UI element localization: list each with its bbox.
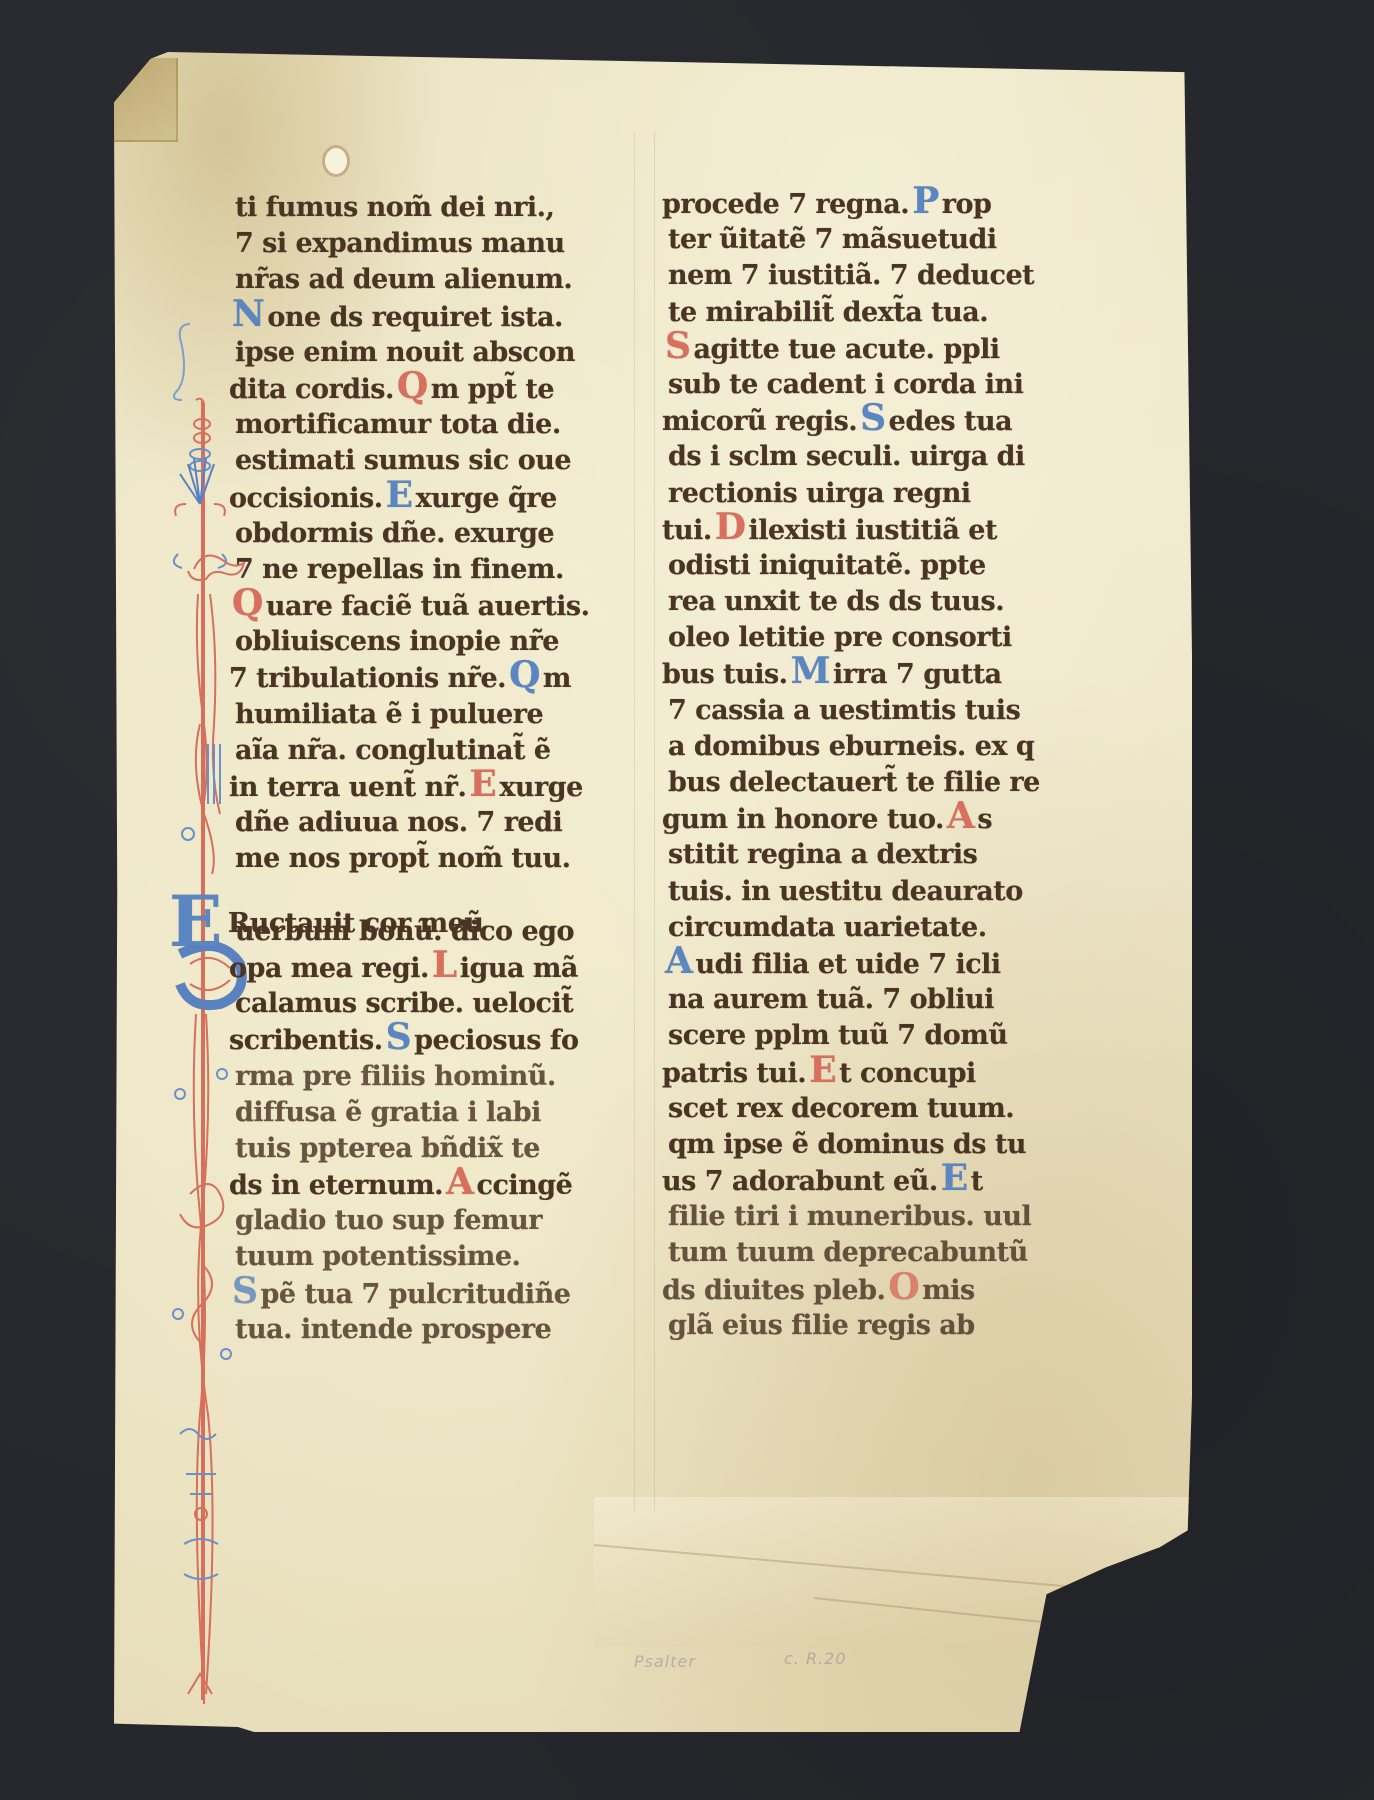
text-line: stitit regina a dextris — [662, 837, 1062, 873]
initial-letter: O — [888, 1272, 919, 1302]
text-line: ERuctauit cor meũ — [229, 878, 619, 914]
initial-letter: S — [665, 331, 691, 361]
text-line: gum in honore tuo.As — [662, 801, 1062, 837]
text-line: rma pre filiis hominũ. — [229, 1059, 619, 1095]
initial-letter: E — [941, 1163, 968, 1193]
text-line: rea unxit te ds ds tuus. — [662, 584, 1062, 620]
text-line: me nos propt̃ nom̃ tuu. — [229, 841, 619, 877]
text-line: bus tuis.Mirra 7 gutta — [662, 656, 1062, 692]
initial-letter: M — [791, 656, 830, 686]
text-line: calamus scribe. uelocit̃ — [229, 986, 619, 1022]
text-line: Spẽ tua 7 pulcritudiñe — [229, 1276, 619, 1312]
text-line: odisti iniquitatẽ. ppte — [662, 548, 1062, 584]
text-line: 7 cassia a uestimtis tuis — [662, 693, 1062, 729]
text-line: 7 ne repellas in finem. — [229, 552, 619, 588]
text-line: tuis. in uestitu deaurato — [662, 874, 1062, 910]
text-line: obliuiscens inopie nr̃e — [229, 624, 619, 660]
text-line: dita cordis.Qm ppt̃ te — [229, 371, 619, 407]
text-line: tuis ppterea bñdix̃ te — [229, 1131, 619, 1167]
manuscript-leaf: ti fumus nom̃ dei nri., 7 si expandimus … — [114, 52, 1192, 1732]
initial-letter: L — [432, 950, 457, 980]
text-line: ds i sclm seculi. uirga di — [662, 439, 1062, 475]
text-line: scet rex decorem tuum. — [662, 1091, 1062, 1127]
text-line: opa mea regi.Ligua mã — [229, 950, 619, 986]
initial-letter: D — [715, 512, 746, 542]
text-line: ds diuites pleb.Omis — [662, 1272, 1062, 1308]
initial-letter: N — [232, 299, 264, 329]
pencil-annotation: Psalter — [634, 1652, 696, 1671]
text-line: estimati sumus sic oue — [229, 443, 619, 479]
large-initial-letter: E — [169, 892, 222, 952]
text-line: micorũ regis.Sedes tua — [662, 403, 1062, 439]
initial-letter: S — [860, 403, 886, 433]
text-line: na aurem tuã. 7 obliui — [662, 982, 1062, 1018]
text-line: ds in eternum.Accingẽ — [229, 1167, 619, 1203]
initial-letter: A — [446, 1167, 473, 1197]
text-line: in terra uent̃ nr̃.Exurge — [229, 769, 619, 805]
text-line: a domibus eburneis. ex q — [662, 729, 1062, 765]
text-line: nr̃as ad deum alienum. — [229, 262, 619, 298]
pencil-annotation: c. R.20 — [784, 1649, 847, 1668]
text-line: diffusa ẽ gratia i labi — [229, 1095, 619, 1131]
initial-letter: E — [386, 480, 413, 510]
initial-letter: S — [232, 1276, 258, 1306]
text-line: gladio tuo sup femur — [229, 1203, 619, 1239]
initial-letter: P — [912, 186, 939, 216]
text-line: ter ũitatẽ 7 mãsuetudi — [662, 222, 1062, 258]
text-line: ti fumus nom̃ dei nri., — [229, 190, 619, 226]
text-line: mortificamur tota die. — [229, 407, 619, 443]
text-line: us 7 adorabunt eũ.Et — [662, 1163, 1062, 1199]
text-line: oleo letitie pre consorti — [662, 620, 1062, 656]
left-text-column: ti fumus nom̃ dei nri., 7 si expandimus … — [229, 190, 619, 1348]
text-line: glã eius filie regis ab — [662, 1308, 1062, 1344]
text-line: obdormis dñe. exurge — [229, 516, 619, 552]
text-line: tum tuum deprecabuntũ — [662, 1235, 1062, 1271]
text-line: bus delectauert̃ te filie re — [662, 765, 1062, 801]
text-line: None ds requiret ista. — [229, 299, 619, 335]
right-text-column: procede 7 regna.Prop ter ũitatẽ 7 mãsuet… — [662, 186, 1062, 1344]
ruling-line — [654, 132, 655, 1512]
text-line: qm ipse ẽ dominus ds tu — [662, 1127, 1062, 1163]
text-line: occisionis.Exurge q̃re — [229, 480, 619, 516]
initial-letter: A — [665, 946, 692, 976]
initial-letter: Q — [232, 588, 263, 618]
text-line: aĩa nr̃a. conglutinat̃ ẽ — [229, 733, 619, 769]
text-line: Audi filia et uide 7 icli — [662, 946, 1062, 982]
text-line: tua. intende prospere — [229, 1312, 619, 1348]
initial-letter: E — [469, 769, 496, 799]
text-line: scere pplm tuũ 7 domũ — [662, 1018, 1062, 1054]
text-line: scribentis.Speciosus fo — [229, 1022, 619, 1058]
parchment-hole — [322, 145, 350, 177]
text-line: 7 si expandimus manu — [229, 226, 619, 262]
initial-letter: E — [809, 1055, 836, 1085]
text-line: procede 7 regna.Prop — [662, 186, 1062, 222]
text-line: filie tiri i muneribus. uul — [662, 1199, 1062, 1235]
text-line: tuum potentissime. — [229, 1239, 619, 1275]
text-line: uerbum bonũ. dico ego — [229, 914, 619, 950]
text-line: Sagitte tue acute. ppli — [662, 331, 1062, 367]
text-line: circumdata uarietate. — [662, 910, 1062, 946]
text-line: 7 tribulationis nr̃e.Qm — [229, 660, 619, 696]
text-line: nem 7 iustitiã. 7 deducet — [662, 258, 1062, 294]
text-line: Quare faciẽ tuã auertis. — [229, 588, 619, 624]
initial-letter: A — [947, 801, 974, 831]
ruling-line — [634, 132, 635, 1512]
text-line: te mirabilit̃ dext̃a tua. — [662, 295, 1062, 331]
initial-letter: Q — [397, 371, 428, 401]
text-line: tui.Dilexisti iustitiã et — [662, 512, 1062, 548]
text-line: patris tui.Et concupi — [662, 1055, 1062, 1091]
text-line: humiliata ẽ i puluere — [229, 697, 619, 733]
text-line: dñe adiuua nos. 7 redi — [229, 805, 619, 841]
initial-letter: S — [386, 1022, 412, 1052]
initial-letter: Q — [509, 660, 540, 690]
